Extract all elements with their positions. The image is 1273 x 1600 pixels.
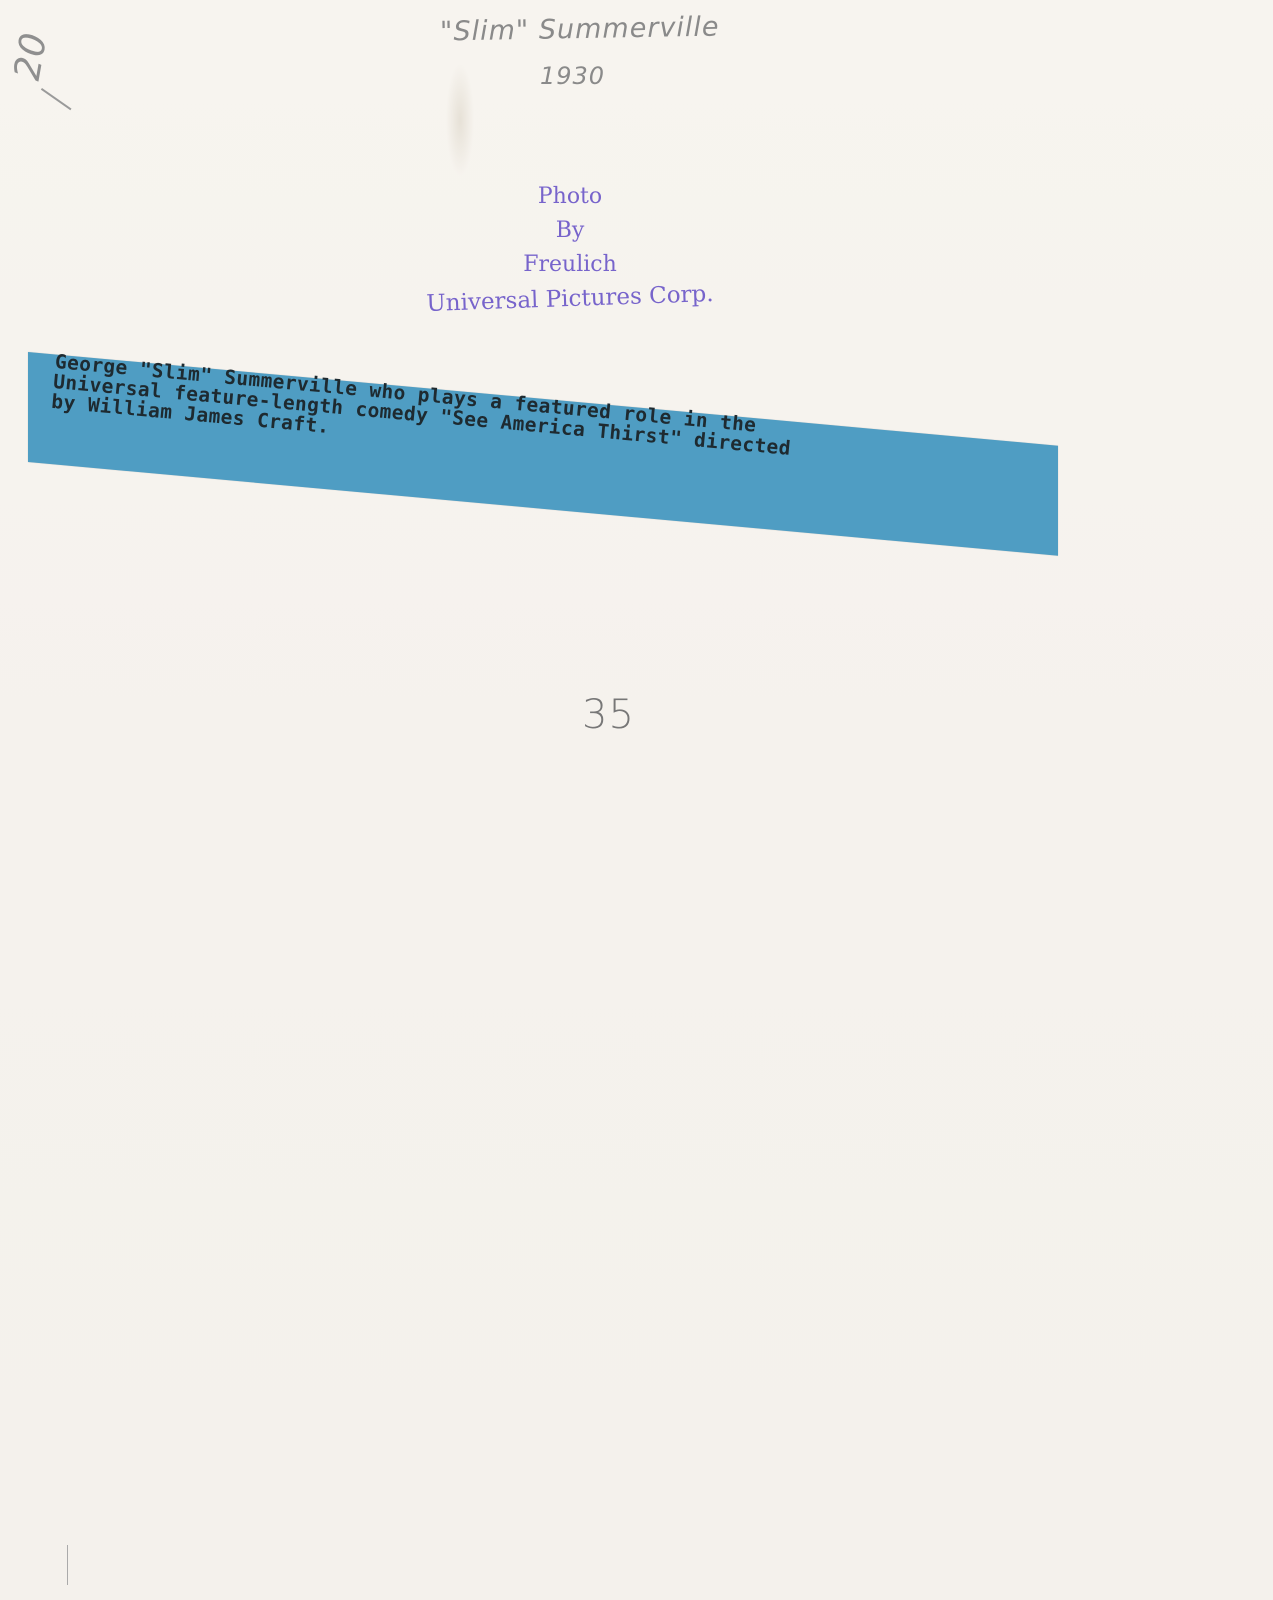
stamp-line-by: By (400, 214, 740, 248)
pencil-mark (67, 1545, 68, 1585)
stamp-line-studio: Universal Pictures Corp. (400, 276, 741, 322)
stamp-line-photo: Photo (400, 180, 740, 214)
handwritten-number: 35 (582, 692, 635, 738)
handwritten-year: 1930 (540, 62, 605, 90)
photographer-stamp: Photo By Freulich Universal Pictures Cor… (400, 180, 740, 316)
handwritten-corner-mark: 20 (7, 29, 56, 83)
handwritten-title: "Slim" Summerville (440, 12, 720, 48)
